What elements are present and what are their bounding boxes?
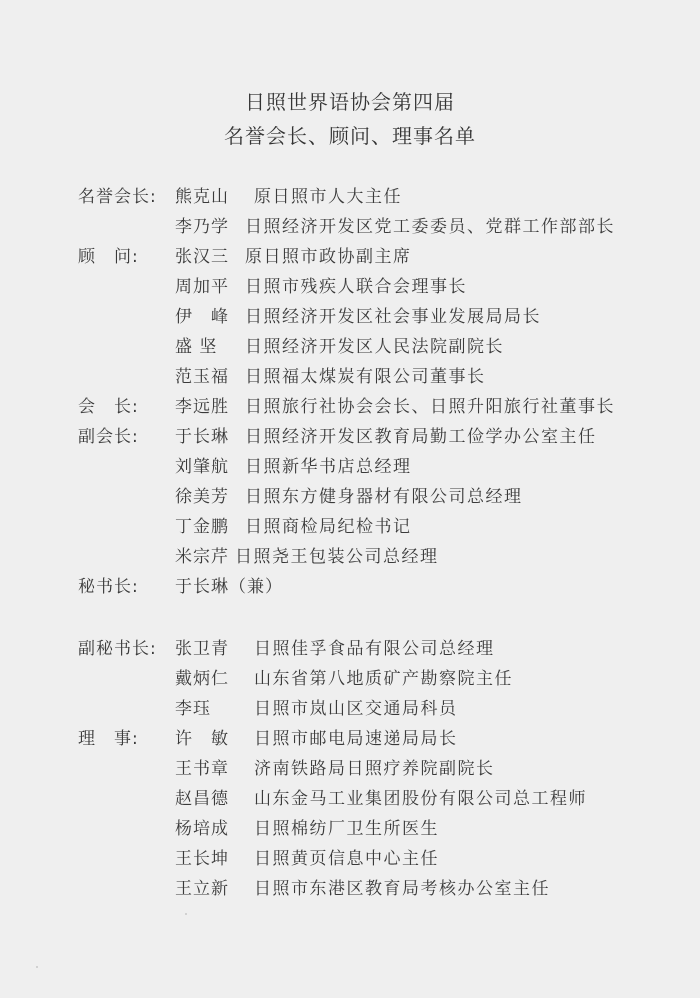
role-label: 顾 问: — [78, 242, 173, 272]
roster-row: 盛 坚 日照经济开发区人民法院副院长 — [78, 332, 678, 362]
roster-row: 徐美芳 日照东方健身器材有限公司总经理 — [78, 482, 678, 512]
member-position: 日照市邮电局速递局局长 — [254, 724, 458, 754]
member-name: 王长坤 — [175, 844, 229, 874]
member-position: 日照市残疾人联合会理事长 — [245, 272, 467, 302]
member-name: 张汉三 — [175, 242, 229, 272]
member-roster: 名誉会长: 熊克山 原日照市人大主任 李乃学 日照经济开发区党工委委员、党群工作… — [78, 182, 678, 904]
member-position: 日照经济开发区人民法院副院长 — [245, 332, 504, 362]
roster-row: 丁金鹏 日照商检局纪检书记 — [78, 512, 678, 542]
member-position: 济南铁路局日照疗养院副院长 — [254, 754, 495, 784]
member-name: 于长琳 — [175, 422, 229, 452]
member-name: 盛 坚 — [175, 332, 217, 362]
member-name: 丁金鹏 — [175, 512, 229, 542]
blank-line — [78, 602, 678, 634]
member-position: 日照尧王包装公司总经理 — [235, 542, 439, 572]
member-name: 杨培成 — [175, 814, 229, 844]
member-position: 日照经济开发区社会事业发展局局长 — [245, 302, 541, 332]
roster-row: 秘书长: 于长琳（兼） — [78, 572, 678, 602]
member-name: 刘肇航 — [175, 452, 229, 482]
roster-row: 米宗芹 日照尧王包装公司总经理 — [78, 542, 678, 572]
roster-row: 王长坤 日照黄页信息中心主任 — [78, 844, 678, 874]
member-position: 日照经济开发区教育局勤工俭学办公室主任 — [245, 422, 597, 452]
member-position: 日照东方健身器材有限公司总经理 — [245, 482, 523, 512]
member-position: 山东省第八地质矿产勘察院主任 — [254, 664, 513, 694]
member-position: 日照旅行社协会会长、日照升阳旅行社董事长 — [245, 392, 615, 422]
roster-row: 王立新 日照市东港区教育局考核办公室主任 — [78, 874, 678, 904]
roster-row: 顾 问: 张汉三 原日照市政协副主席 — [78, 242, 678, 272]
roster-row: 赵昌德 山东金马工业集团股份有限公司总工程师 — [78, 784, 678, 814]
role-label: 名誉会长: — [78, 182, 173, 212]
member-name: 徐美芳 — [175, 482, 229, 512]
roster-row: 会 长: 李远胜 日照旅行社协会会长、日照升阳旅行社董事长 — [78, 392, 678, 422]
member-name: 王立新 — [175, 874, 229, 904]
role-label: 副会长: — [78, 422, 173, 452]
roster-row: 名誉会长: 熊克山 原日照市人大主任 — [78, 182, 678, 212]
member-position: 日照新华书店总经理 — [245, 452, 412, 482]
member-position: 日照商检局纪检书记 — [245, 512, 412, 542]
scan-artifact — [36, 966, 38, 968]
member-position: 原日照市政协副主席 — [245, 242, 412, 272]
document-title-line1: 日照世界语协会第四届 — [0, 86, 700, 115]
member-name: 赵昌德 — [175, 784, 229, 814]
member-name: 范玉福 — [175, 362, 229, 392]
member-name: 戴炳仁 — [175, 664, 229, 694]
role-label: 秘书长: — [78, 572, 173, 602]
roster-row: 理 事: 许 敏 日照市邮电局速递局局长 — [78, 724, 678, 754]
role-label: 副秘书长: — [78, 634, 173, 664]
member-name: 熊克山 — [175, 182, 229, 212]
roster-row: 李珏 日照市岚山区交通局科员 — [78, 694, 678, 724]
roster-row: 李乃学 日照经济开发区党工委委员、党群工作部部长 — [78, 212, 678, 242]
roster-row: 副秘书长: 张卫青 日照佳孚食品有限公司总经理 — [78, 634, 678, 664]
role-label: 会 长: — [78, 392, 173, 422]
roster-row: 伊 峰 日照经济开发区社会事业发展局局长 — [78, 302, 678, 332]
member-name: 李乃学 — [175, 212, 229, 242]
member-name: 张卫青 — [175, 634, 229, 664]
member-name: 于长琳（兼） — [175, 572, 283, 602]
member-name: 李远胜 — [175, 392, 229, 422]
member-position: 日照棉纺厂卫生所医生 — [254, 814, 439, 844]
member-name: 米宗芹 — [175, 542, 229, 572]
member-position: 日照佳孚食品有限公司总经理 — [254, 634, 495, 664]
roster-row: 刘肇航 日照新华书店总经理 — [78, 452, 678, 482]
member-name: 王书章 — [175, 754, 229, 784]
member-position: 山东金马工业集团股份有限公司总工程师 — [254, 784, 587, 814]
document-title-line2: 名誉会长、顾问、理事名单 — [0, 120, 700, 149]
member-position: 日照经济开发区党工委委员、党群工作部部长 — [245, 212, 615, 242]
member-name: 周加平 — [175, 272, 229, 302]
roster-row: 王书章 济南铁路局日照疗养院副院长 — [78, 754, 678, 784]
roster-row: 周加平 日照市残疾人联合会理事长 — [78, 272, 678, 302]
scan-artifact — [185, 913, 187, 915]
member-position: 原日照市人大主任 — [254, 182, 402, 212]
scanned-page: 日照世界语协会第四届 名誉会长、顾问、理事名单 名誉会长: 熊克山 原日照市人大… — [0, 0, 700, 998]
member-position: 日照福太煤炭有限公司董事长 — [245, 362, 486, 392]
member-position: 日照市东港区教育局考核办公室主任 — [254, 874, 550, 904]
member-position: 日照黄页信息中心主任 — [254, 844, 439, 874]
member-position: 日照市岚山区交通局科员 — [254, 694, 458, 724]
roster-row: 戴炳仁 山东省第八地质矿产勘察院主任 — [78, 664, 678, 694]
member-name: 伊 峰 — [175, 302, 229, 332]
role-label: 理 事: — [78, 724, 173, 754]
roster-row: 范玉福 日照福太煤炭有限公司董事长 — [78, 362, 678, 392]
member-name: 许 敏 — [175, 724, 229, 754]
roster-row: 杨培成 日照棉纺厂卫生所医生 — [78, 814, 678, 844]
roster-row: 副会长: 于长琳 日照经济开发区教育局勤工俭学办公室主任 — [78, 422, 678, 452]
member-name: 李珏 — [175, 694, 211, 724]
